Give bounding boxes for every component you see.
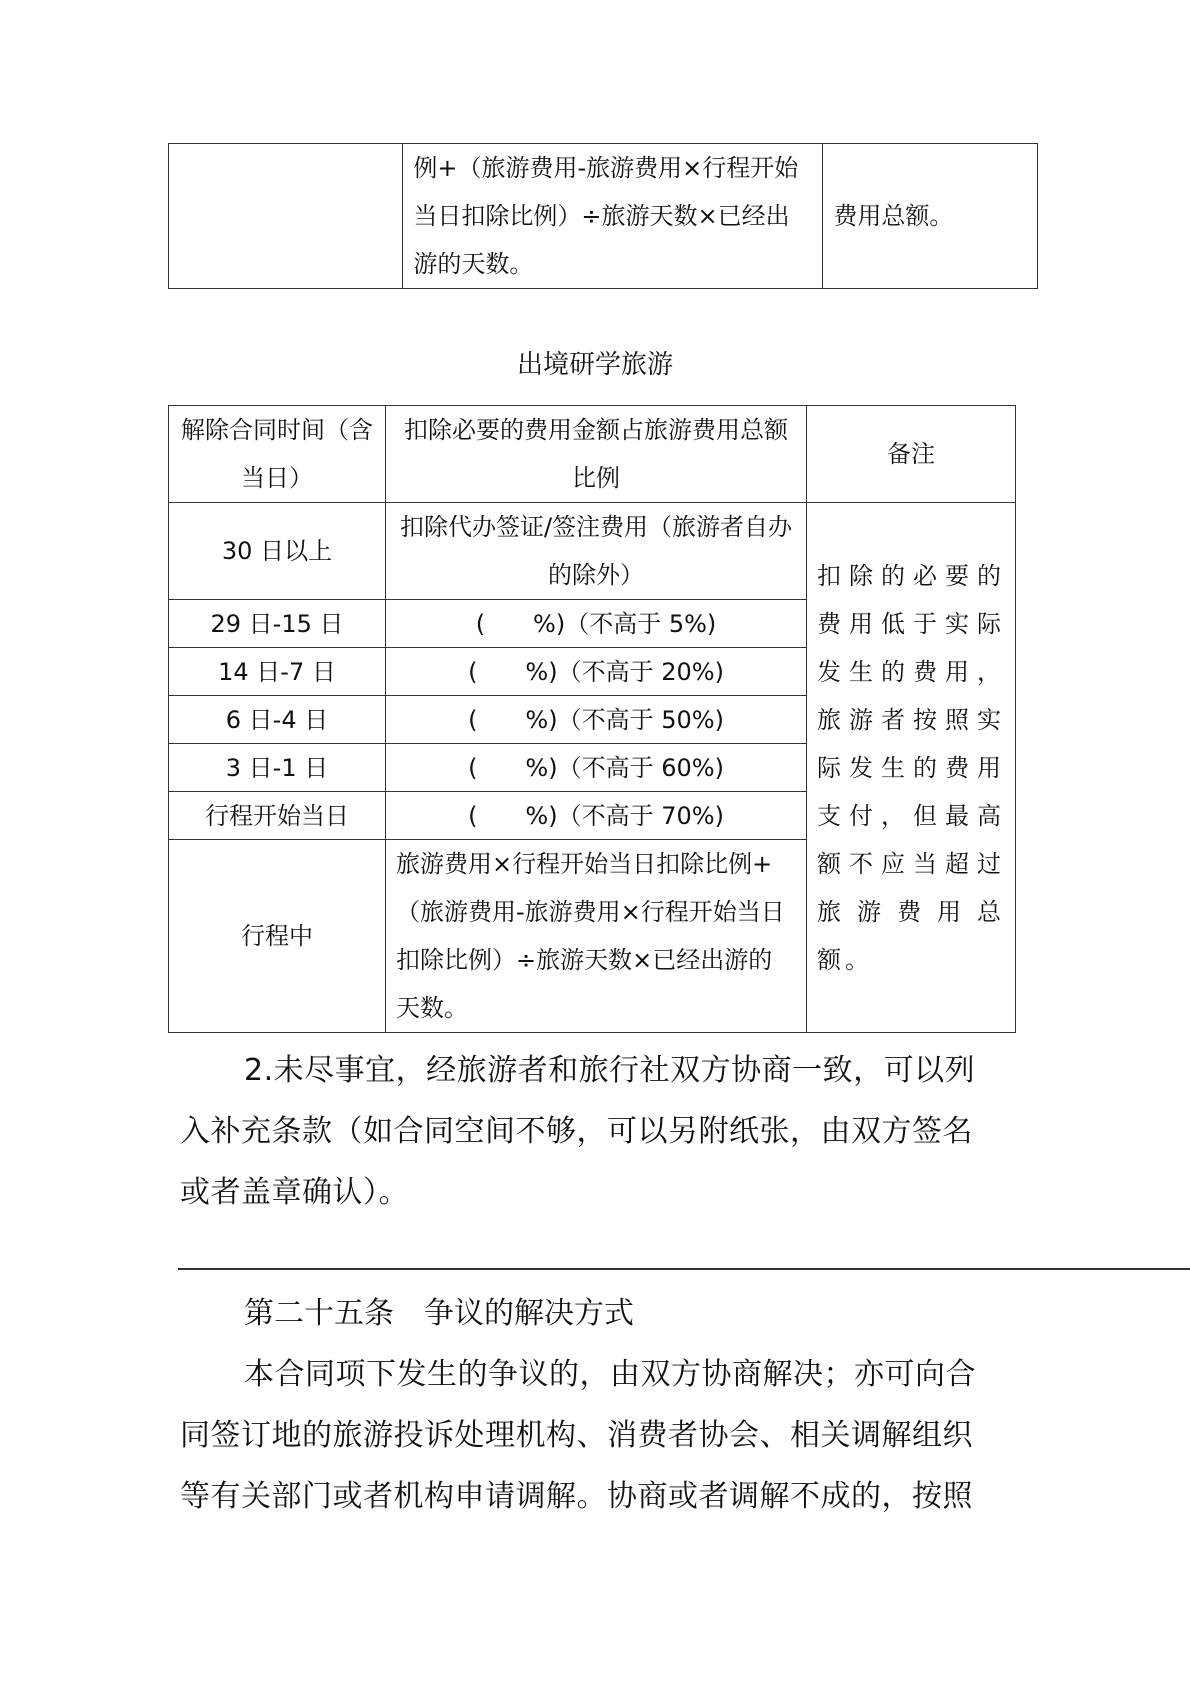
header-time: 解除合同时间（含当日） — [169, 406, 386, 503]
remark-cell: 费用总额。 — [823, 144, 1038, 289]
time-cell: 行程开始当日 — [169, 792, 386, 840]
deduction-cell: ( %)（不高于 5%) — [386, 600, 807, 648]
time-cell: 14 日-7 日 — [169, 648, 386, 696]
article-title: 争议的解决方式 — [424, 1296, 634, 1331]
time-cell: 29 日-15 日 — [169, 600, 386, 648]
refund-table-continued: 例+（旅游费用-旅游费用×行程开始当日扣除比例）÷旅游天数×已经出游的天数。 费… — [168, 143, 1038, 289]
deduction-cell: ( %)（不高于 60%) — [386, 744, 807, 792]
article-heading: 第二十五条争议的解决方式 — [244, 1284, 634, 1344]
section-title: 出境研学旅游 — [0, 345, 1190, 385]
deduction-cell: 扣除代办签证/签注费用（旅游者自办的除外） — [386, 503, 807, 600]
article-25-paragraph: 本合同项下发生的争议的，由双方协商解决；亦可向合同签订地的旅游投诉处理机构、消费… — [180, 1344, 1000, 1527]
clause-2-paragraph: 2.未尽事宜，经旅游者和旅行社双方协商一致，可以列入补充条款（如合同空间不够，可… — [180, 1040, 1000, 1223]
deduction-cell: 旅游费用×行程开始当日扣除比例+（旅游费用-旅游费用×行程开始当日扣除比例）÷旅… — [386, 840, 807, 1033]
remark-cell: 扣除的必要的费用低于实际发生的费用，旅游者按照实际发生的费用支付，但最高额不应当… — [807, 503, 1016, 1033]
article-25-text: 本合同项下发生的争议的，由双方协商解决；亦可向合同签订地的旅游投诉处理机构、消费… — [180, 1357, 976, 1514]
horizontal-divider — [178, 1268, 1190, 1270]
article-number: 第二十五条 — [244, 1296, 394, 1331]
time-cell: 30 日以上 — [169, 503, 386, 600]
time-cell: 3 日-1 日 — [169, 744, 386, 792]
table-header-row: 解除合同时间（含当日） 扣除必要的费用金额占旅游费用总额比例 备注 — [169, 406, 1016, 503]
table-row: 例+（旅游费用-旅游费用×行程开始当日扣除比例）÷旅游天数×已经出游的天数。 费… — [169, 144, 1038, 289]
time-cell: 行程中 — [169, 840, 386, 1033]
clause-2-text: 2.未尽事宜，经旅游者和旅行社双方协商一致，可以列入补充条款（如合同空间不够，可… — [180, 1053, 975, 1210]
time-cell: 6 日-4 日 — [169, 696, 386, 744]
header-remark: 备注 — [807, 406, 1016, 503]
time-cell — [169, 144, 403, 289]
deduction-cell: ( %)（不高于 70%) — [386, 792, 807, 840]
deduction-cell: ( %)（不高于 20%) — [386, 648, 807, 696]
deduction-cell: 例+（旅游费用-旅游费用×行程开始当日扣除比例）÷旅游天数×已经出游的天数。 — [403, 144, 823, 289]
outbound-refund-table: 解除合同时间（含当日） 扣除必要的费用金额占旅游费用总额比例 备注 30 日以上… — [168, 405, 1016, 1033]
deduction-cell: ( %)（不高于 50%) — [386, 696, 807, 744]
header-deduction: 扣除必要的费用金额占旅游费用总额比例 — [386, 406, 807, 503]
table-row: 30 日以上 扣除代办签证/签注费用（旅游者自办的除外） 扣除的必要的费用低于实… — [169, 503, 1016, 600]
